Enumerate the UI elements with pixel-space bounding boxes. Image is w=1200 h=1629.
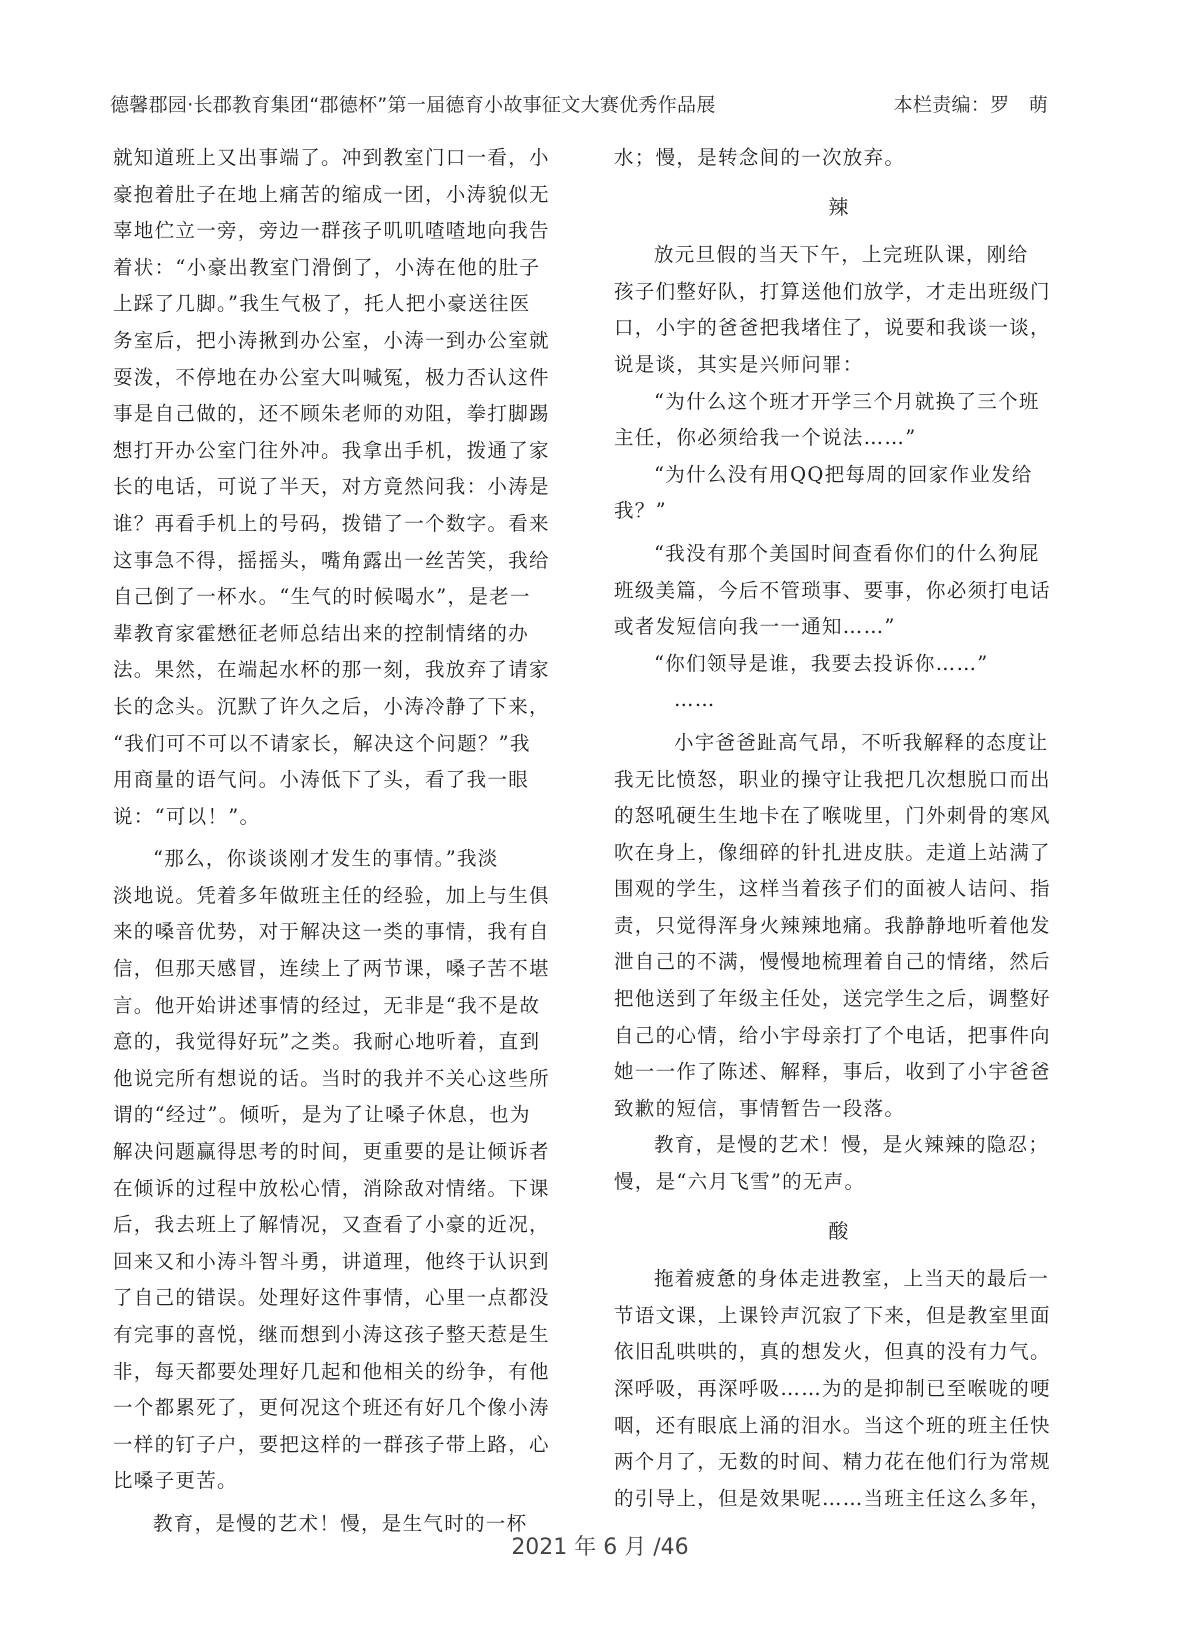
text-line: 上踩了几脚。”我生气极了，托人把小豪送往医 — [113, 286, 563, 323]
text-line: 围观的学生，这样当着孩子们的面被人诘问、指 — [614, 871, 1064, 908]
text-line: 我无比愤怒，职业的操守让我把几次想脱口而出 — [614, 762, 1064, 799]
text-line: 节语文课，上课铃声沉寂了下来，但是教室里面 — [614, 1298, 1064, 1335]
text-line: 务室后，把小涛揪到办公室，小涛一到办公室就 — [113, 323, 563, 360]
text-line: 咽，还有眼底上涌的泪水。当这个班的班主任快 — [614, 1408, 1064, 1445]
text-line: 她一一作了陈述、解释，事后，收到了小宇爸爸 — [614, 1054, 1064, 1091]
paragraph: 就知道班上又出事端了。冲到教室门口一看，小 豪抱着肚子在地上痛苦的缩成一团，小涛… — [113, 140, 563, 835]
text-line: 他说完所有想说的话。当时的我并不关心这些所 — [113, 1061, 563, 1098]
text-line: 长的念头。沉默了许久之后，小涛冷静了下来， — [113, 689, 563, 726]
paragraph: 放元旦假的当天下午，上完班队课，刚给 孩子们整好队，打算送他们放学，才走出班级门… — [614, 237, 1064, 383]
text-line: 这事急不得，摇摇头，嘴角露出一丝苦笑，我给 — [113, 543, 563, 580]
text-line: 辜地伫立一旁，旁边一群孩子叽叽喳喳地向我告 — [113, 213, 563, 250]
text-line: 用商量的语气问。小涛低下了头，看了我一眼 — [113, 762, 563, 799]
text-line: 法。果然，在端起水杯的那一刻，我放弃了请家 — [113, 652, 563, 689]
text-line: 泄自己的不满，慢慢地梳理着自己的情绪，然后 — [614, 944, 1064, 981]
text-line: 非，每天都要处理好几起和他相关的纷争，有他 — [113, 1354, 563, 1391]
text-line: 依旧乱哄哄的，真的想发火，但真的没有力气。 — [614, 1334, 1064, 1371]
text-line: 来的嗓音优势，对于解决这一类的事情，我有自 — [113, 914, 563, 951]
text-line: “你们领导是谁，我要去投诉你……” — [614, 646, 1064, 683]
paragraph: “你们领导是谁，我要去投诉你……” — [614, 646, 1064, 683]
left-column: 就知道班上又出事端了。冲到教室门口一看，小 豪抱着肚子在地上痛苦的缩成一团，小涛… — [113, 140, 563, 1543]
text-line: 回来又和小涛斗智斗勇，讲道理，他终于认识到 — [113, 1244, 563, 1281]
text-line: 信，但那天感冒，连续上了两节课，嗓子苦不堪 — [113, 951, 563, 988]
text-line: “为什么这个班才开学三个月就换了三个班 — [614, 384, 1064, 421]
header-editor: 本栏责编：罗 萌 — [894, 90, 1048, 117]
text-line: 着状：“小豪出教室门滑倒了，小涛在他的肚子 — [113, 250, 563, 287]
text-line: 在倾诉的过程中放松心情，消除敌对情绪。下课 — [113, 1171, 563, 1208]
text-line: 就知道班上又出事端了。冲到教室门口一看，小 — [113, 140, 563, 177]
ellipsis-line: …… — [614, 682, 1064, 719]
text-line: 慢，是“六月飞雪”的无声。 — [614, 1164, 1064, 1201]
text-line: 把他送到了年级主任处，送完学生之后，调整好 — [614, 981, 1064, 1018]
text-line: 长的电话，可说了半天，对方竟然问我：小涛是 — [113, 469, 563, 506]
text-line: 班级美篇，今后不管琐事、要事，你必须打电话 — [614, 573, 1064, 610]
text-line: “我们可不可以不请家长，解决这个问题？”我 — [113, 726, 563, 763]
text-line: 主任，你必须给我一个说法……” — [614, 420, 1064, 457]
text-line: 拖着疲惫的身体走进教室，上当天的最后一 — [614, 1261, 1064, 1298]
text-line: 口，小宇的爸爸把我堵住了，说要和我谈一谈， — [614, 310, 1064, 347]
text-line: 意的，我觉得好玩”之类。我耐心地听着，直到 — [113, 1024, 563, 1061]
text-line: 责，只觉得浑身火辣辣地痛。我静静地听着他发 — [614, 908, 1064, 945]
text-line: 后，我去班上了解情况，又查看了小豪的近况， — [113, 1207, 563, 1244]
page-header: 德馨郡园·长郡教育集团“郡德杯”第一届德育小故事征文大赛优秀作品展 本栏责编：罗… — [110, 88, 1048, 118]
header-title: 德馨郡园·长郡教育集团“郡德杯”第一届德育小故事征文大赛优秀作品展 — [110, 90, 716, 117]
paragraph: 水；慢，是转念间的一次放弃。 — [614, 140, 1064, 177]
text-line: 谁？再看手机上的号码，拨错了一个数字。看来 — [113, 506, 563, 543]
text-line: 辈教育家霍懋征老师总结出来的控制情绪的办 — [113, 616, 563, 653]
text-line: 谓的“经过”。倾听，是为了让嗓子休息，也为 — [113, 1097, 563, 1134]
text-line: 或者发短信向我一一通知……” — [614, 609, 1064, 646]
paragraph: “那么，你谈谈刚才发生的事情。”我淡 淡地说。凭着多年做班主任的经验，加上与生俱… — [113, 841, 563, 1500]
text-line: 自己的心情，给小宇母亲打了个电话，把事件向 — [614, 1018, 1064, 1055]
text-line: 深呼吸，再深呼吸……为的是抑制已至喉咙的哽 — [614, 1371, 1064, 1408]
text-line: “那么，你谈谈刚才发生的事情。”我淡 — [113, 841, 563, 878]
paragraph: “为什么没有用QQ把每周的回家作业发给 我？” — [614, 457, 1064, 530]
text-line: 的怒吼硬生生地卡在了喉咙里，门外刺骨的寒风 — [614, 798, 1064, 835]
section-heading-la: 辣 — [614, 189, 1064, 226]
text-line: 了自己的错误。处理好这件事情，心里一点都没 — [113, 1280, 563, 1317]
text-line: 豪抱着肚子在地上痛苦的缩成一团，小涛貌似无 — [113, 177, 563, 214]
section-heading-suan: 酸 — [614, 1213, 1064, 1250]
text-line: 言。他开始讲述事情的经过，无非是“我不是故 — [113, 988, 563, 1025]
text-line: 耍泼，不停地在办公室大叫喊冤，极力否认这件 — [113, 360, 563, 397]
text-line: 事是自己做的，还不顾朱老师的劝阻，拳打脚踢 — [113, 396, 563, 433]
text-line: 有完事的喜悦，继而想到小涛这孩子整天惹是生 — [113, 1317, 563, 1354]
text-line: 孩子们整好队，打算送他们放学，才走出班级门 — [614, 274, 1064, 311]
text-line: 放元旦假的当天下午，上完班队课，刚给 — [614, 237, 1064, 274]
right-column: 水；慢，是转念间的一次放弃。 辣 放元旦假的当天下午，上完班队课，刚给 孩子们整… — [614, 140, 1064, 1517]
text-line: 水；慢，是转念间的一次放弃。 — [614, 140, 1064, 177]
text-line: 致歉的短信，事情暂告一段落。 — [614, 1091, 1064, 1128]
text-line: 两个月了，无数的时间、精力花在他们行为常规 — [614, 1444, 1064, 1481]
text-line: “为什么没有用QQ把每周的回家作业发给 — [614, 457, 1064, 494]
paragraph: …… — [614, 682, 1064, 719]
paragraph: “我没有那个美国时间查看你们的什么狗屁 班级美篇，今后不管琐事、要事，你必须打电… — [614, 536, 1064, 646]
text-line: 解决问题赢得思考的时间，更重要的是让倾诉者 — [113, 1134, 563, 1171]
text-line: 小宇爸爸趾高气昂，不听我解释的态度让 — [614, 725, 1064, 762]
text-line: 淡地说。凭着多年做班主任的经验，加上与生俱 — [113, 878, 563, 915]
text-line: 我？” — [614, 493, 1064, 530]
text-line: 想打开办公室门往外冲。我拿出手机，拨通了家 — [113, 433, 563, 470]
page-footer: 2021 年 6 月 /46 — [0, 1530, 1200, 1561]
paragraph: “为什么这个班才开学三个月就换了三个班 主任，你必须给我一个说法……” — [614, 384, 1064, 457]
text-line: 比嗓子更苦。 — [113, 1463, 563, 1500]
paragraph: 拖着疲惫的身体走进教室，上当天的最后一 节语文课，上课铃声沉寂了下来，但是教室里… — [614, 1261, 1064, 1517]
paragraph: 教育，是慢的艺术！慢，是火辣辣的隐忍； 慢，是“六月飞雪”的无声。 — [614, 1127, 1064, 1200]
page-number: 2021 年 6 月 /46 — [511, 1535, 688, 1560]
text-line: 一样的钉子户，要把这样的一群孩子带上路，心 — [113, 1427, 563, 1464]
text-line: 一个都累死了，更何况这个班还有好几个像小涛 — [113, 1390, 563, 1427]
text-line: “我没有那个美国时间查看你们的什么狗屁 — [614, 536, 1064, 573]
text-line: 说是谈，其实是兴师问罪： — [614, 347, 1064, 384]
text-line: 的引导上，但是效果呢……当班主任这么多年， — [614, 1481, 1064, 1518]
text-line: 自己倒了一杯水。“生气的时候喝水”，是老一 — [113, 579, 563, 616]
paragraph: 小宇爸爸趾高气昂，不听我解释的态度让 我无比愤怒，职业的操守让我把几次想脱口而出… — [614, 725, 1064, 1128]
text-line: 说：“可以！”。 — [113, 799, 563, 836]
text-line: 吹在身上，像细碎的针扎进皮肤。走道上站满了 — [614, 835, 1064, 872]
text-line: 教育，是慢的艺术！慢，是火辣辣的隐忍； — [614, 1127, 1064, 1164]
